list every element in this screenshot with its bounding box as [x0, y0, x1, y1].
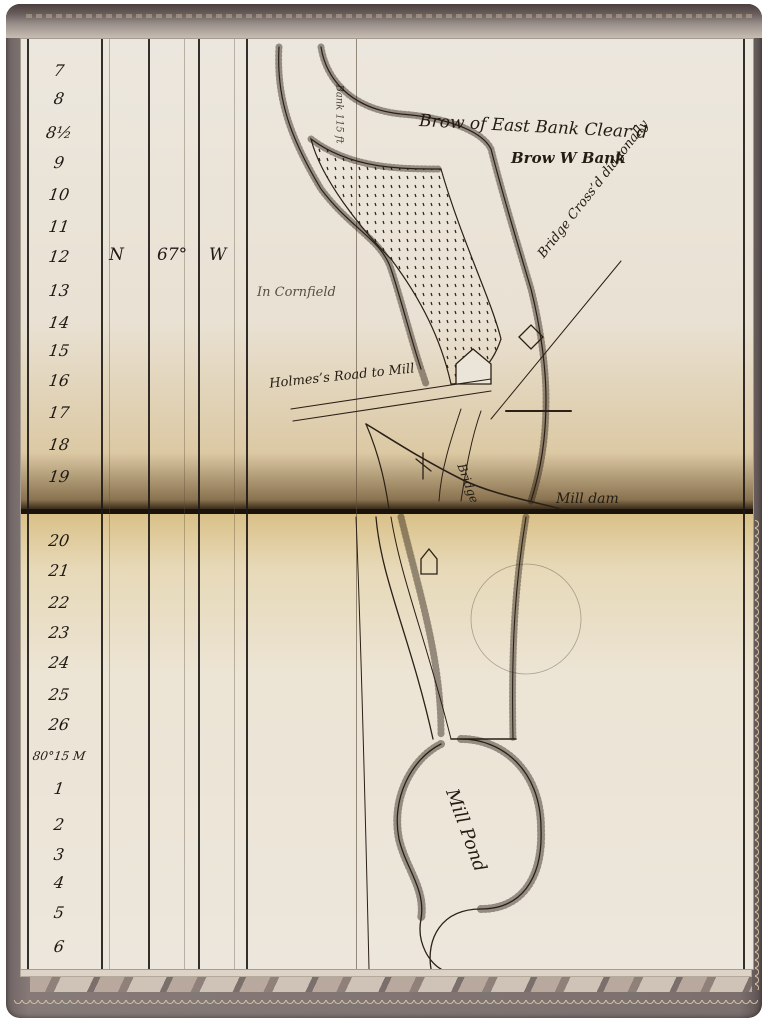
label-vertical-note: Bank 115 ft: [334, 85, 345, 144]
right-wavy-trim: [755, 520, 763, 990]
label-in-cornfield: In Cornfield: [257, 285, 336, 300]
hand-drawn-map: [21, 39, 753, 969]
gilt-edge-decoration: [26, 14, 754, 18]
bottom-wavy-trim: [14, 1000, 758, 1008]
survey-page: 7 8 8½ 9 10 11 12 13 14 15 16 17 18 19 2…: [20, 38, 754, 970]
notebook-top-edge: [6, 4, 762, 38]
label-mill-dam: Mill dam: [556, 491, 619, 507]
